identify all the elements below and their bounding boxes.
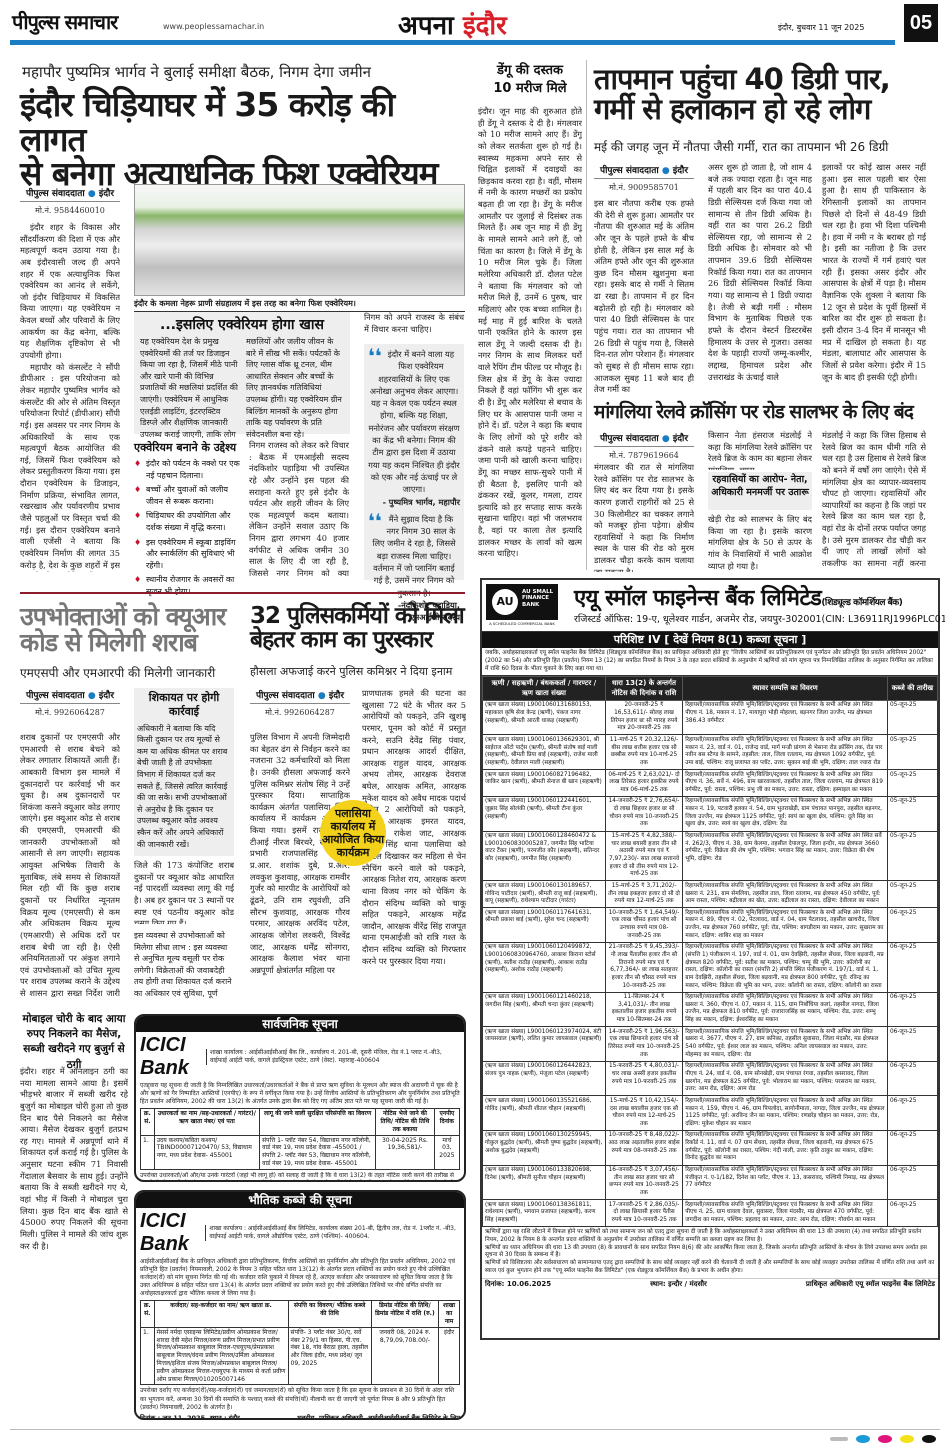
mayor-quote-attribution: - पुष्यमित्र भार्गव, महापौर — [368, 496, 460, 508]
cell-npa-date: मार्च 03, 2025 — [434, 1135, 459, 1169]
table-row: (ऋण खाता संख्या) L9001060133820698, दिने… — [483, 1165, 938, 1200]
registration-bar — [830, 1437, 848, 1441]
cell-borrower: (ऋण खाता संख्या) L9001060117641631, श्री… — [483, 908, 606, 943]
police-body: पुलिस विभाग में अपनी जिम्मेदारी का बेहतर… — [250, 732, 350, 1000]
au-bank-name-text: एयू स्मॉल फाइनेन्स बैंक लिमिटेड — [574, 586, 821, 611]
byline-name: पीपुल्स संवाददाता — [26, 691, 85, 701]
masthead-rule — [10, 40, 895, 45]
temperature-col2: असर शुरू हो जाता है, जो शाम 4 बजे तक ज्य… — [708, 162, 812, 438]
objectives-title: एक्वेरियम बनाने के उद्देश्य — [134, 440, 242, 455]
railway-col1: मंगलवार की रात से मांगलिया रेलवे क्रॉसिं… — [594, 462, 694, 572]
table-row: (ऋण खाता संख्या) L9001060123974024, बंटी… — [483, 1027, 938, 1062]
cell-possession-date: 06-जून-25 — [887, 992, 937, 1027]
temperature-kicker: मई की जगह जून में नौतपा जैसी गर्मी, रात … — [594, 138, 888, 155]
column-header: क्र. सं. — [141, 1109, 155, 1135]
icici-public-notice: सार्वजनिक सूचना ICICI Bank शाखा कार्यालय… — [134, 1014, 466, 1182]
au-header: AU AU SMALL FINANCE BANK A SCHEDULED COM… — [482, 580, 938, 632]
police-event-badge: पलासिया कार्यालय में आयोजित किया कार्यक्… — [320, 800, 386, 866]
dateline: इंदौर, बुधवार 11 जून 2025 — [778, 22, 864, 33]
objectives-list: इंदौर को पर्यटन के नक्शे पर एक नई पहचान … — [134, 458, 242, 598]
police-kicker: हौसला अफजाई करने पुलिस कमिश्नर ने दिया इ… — [250, 664, 452, 679]
temperature-headline-line2: गर्मी से हलाकान हो रहे लोग — [594, 94, 939, 124]
cell-possession-date: 06-जून-25 — [887, 908, 937, 943]
qr-byline-block: पीपुल्स संवाददाता ● इंदौर मो.नं. 9926064… — [20, 688, 120, 718]
au-signature-row: दिनांक: 10.06.2025 स्थान: इन्दौर / मंदसौ… — [482, 1278, 938, 1291]
byline-city: इंदौर — [99, 189, 114, 199]
aquarium-headline: इंदौर चिड़ियाघर में 35 करोड़ की लागत से … — [20, 88, 465, 192]
cell-property: रिहायशी/व्यावसायिक संपत्ति भूमि/बिल्डिंग… — [683, 831, 888, 881]
cell-notice: 15-मार्च-25 ₹ 3,71,202/- तीन लाख इकहत्तर… — [605, 881, 682, 908]
cell-property: रिहायशी/व्यावसायिक संपत्ति भूमि/बिल्डिंग… — [683, 796, 888, 831]
cell-possession-date: 06-जून-25 — [887, 1200, 937, 1227]
au-notice-footer: ऋणियों द्वारा यह राशि लौटाने में विफल हो… — [482, 1227, 938, 1278]
au-possession-table: ऋणी / सहऋणी / बंधककर्ता / गारण्टर / ऋण ख… — [482, 676, 938, 1227]
cell-possession-date: 06-जून-25 — [887, 1061, 937, 1096]
qr-body: शराब दुकानों पर एमएसपी और एमआरपी से शराब… — [20, 732, 120, 1000]
cell-property: रिहायशी/व्यावसायिक संपत्ति भूमि/बिल्डिंग… — [683, 1130, 888, 1165]
table-row: (ऋण खाता संख्या) L9001060135521686, गोवि… — [483, 1096, 938, 1131]
public-notice-table: क्र. सं. उधारकर्ता का नाम /सह-उधारकर्ता … — [140, 1108, 460, 1170]
public-notice-header: सार्वजनिक सूचना — [136, 1016, 464, 1032]
police-headline-line2: बेहतर काम का पुरस्कार — [250, 628, 470, 652]
cell-possession-date: 06-जून-25 — [887, 1165, 937, 1200]
au-bank-name: एयू स्मॉल फाइनेन्स बैंक लिमिटेड(शिड्यूल्… — [574, 582, 902, 612]
dengue-headline: डेंगू की दस्तक 10 मरीज मिले — [478, 62, 582, 98]
cell-borrower: (ऋण खाता संख्या) L9001060131680153, महाक… — [483, 700, 606, 735]
aquarium-special-box: ...इसलिए एक्वेरियम होगा खास यह एक्वेरियम… — [134, 312, 350, 434]
column-header: एनपीए दिनांक — [434, 1109, 459, 1135]
mobile-number: मो.नं. 9584460010 — [20, 205, 120, 216]
complaint-box-text: अधिकारी ने बताया कि यदि किसी दुकान पर तय… — [137, 723, 231, 851]
au-notice-subheader: परिशिष्ट IV [ देखें नियम 8(1) कब्जा सूचन… — [482, 632, 938, 648]
railway-col3: मंडलोई ने कहा कि जिस हिसाब से रेलवे ब्रि… — [822, 430, 926, 570]
column-header: उधारकर्ता का नाम /सह-उधारकर्ता / गारंटर)… — [154, 1109, 259, 1135]
table-row: (ऋण खाता संख्या) L9001060138361811, राधे… — [483, 1200, 938, 1227]
cell-possession-date: 06-जून-25 — [887, 1130, 937, 1165]
cell-borrower: उदय कश्यप/कविता कश्यप/ TBIND00007120470/… — [154, 1135, 259, 1169]
police-byline-block: पीपुल्स संवाददाता ● इंदौर मो.नं. 9926064… — [250, 688, 350, 718]
complaint-box: शिकायत पर होगी कार्रवाई अधिकारी ने बताया… — [134, 688, 234, 856]
possession-notice-header: भौतिक कब्जे की सूचना — [136, 1192, 464, 1208]
cell-borrower: (ऋण खाता संख्या) L9001060136629301, श्री… — [483, 735, 606, 770]
cell-property: रिहायशी/व्यावसायिक संपत्ति भूमि/बिल्डिंग… — [683, 1165, 888, 1200]
column-header: कर्जदार/ सह-कर्जदार का नाम/ ऋण खाता क्र. — [154, 1301, 288, 1327]
cell-notice: 15-मार्च-25 ₹ 4,82,388/- चार लाख बयासी ह… — [605, 831, 682, 881]
icici-office-address: शाखा कार्यालय : आईसीआईसीआई बैंक लि., कार… — [206, 1049, 460, 1065]
section-divider — [20, 592, 465, 594]
byline-name: पीपुल्स संवाददाता — [600, 434, 659, 444]
icici-possession-notice: भौतिक कब्जे की सूचना ICICI Bank शाखा कार… — [134, 1190, 466, 1420]
cell-borrower: (ऋण खाता संख्या) L9001060827196482, जाकि… — [483, 770, 606, 797]
notice-signatory: भवदीय, प्राधिकृत अधिकारी, आईसीआईसीआई बैं… — [297, 1413, 460, 1420]
column-header: संपत्ति का विवरण/ भौतिक कब्जे की तिथि — [288, 1301, 371, 1327]
cell-notice: 14-जनवरी-25 ₹ 2,76,654/- दो लाख छिहत्तर … — [605, 796, 682, 831]
cell-notice: 10-जनवरी-25 ₹ 8,48,022/- आठ लाख अड़तालीस… — [605, 1130, 682, 1165]
police-headline: 32 पुलिसकर्मियों को मिला बेहतर काम का पु… — [250, 604, 470, 652]
mayor-quote-text: इंदौर में बनने वाला यह फिश एक्वेरियम शहर… — [368, 349, 460, 494]
section-highlight: इंदौर — [463, 11, 507, 41]
au-logo-text: AU SMALL FINANCE BANK — [522, 589, 558, 608]
column-header: ऋणी / सहऋणी / बंधककर्ता / गारण्टर / ऋण ख… — [483, 677, 606, 700]
objective-item: बच्चों और युवाओं को जलीय जीवन से रूबरू क… — [134, 484, 242, 507]
table-row: (ऋण खाता संख्या) L9001060827196482, जाकि… — [483, 770, 938, 797]
au-notice-signatory: प्राधिकृत अधिकारी एयू स्मॉल फाइनेंस बैंक… — [806, 1280, 935, 1289]
cell-borrower: (ऋण खाता संख्या) L9001060123974024, बंटी… — [483, 1027, 606, 1062]
cell-borrower: (ऋण खाता संख्या) L9001060120499872, L900… — [483, 942, 606, 992]
objective-item: स्थानीय रोजगार के अवसरों का सृजन भी होगा… — [134, 574, 242, 597]
railway-headline: मांगलिया रेलवे क्रॉसिंग पर रोड सालभर के … — [594, 403, 939, 423]
cell-property: रिहायशी/व्यावसायिक संपत्ति भूमि/बिल्डिंग… — [683, 1061, 888, 1096]
byline-name: पीपुल्स संवाददाता — [256, 691, 315, 701]
icici-logo: ICICI Bank — [140, 1034, 202, 1080]
icici-logo: ICICI Bank — [140, 1210, 201, 1256]
cell-notice: 11-सितम्बर-24 ₹ 3,41,031/- तीन लाख इकताल… — [605, 992, 682, 1027]
cell-notice: 16-जनवरी-25 ₹ 3,07,456/- तीन लाख सात हजा… — [605, 1165, 682, 1200]
byline-city: इंदौर — [99, 691, 114, 701]
table-row: 1. उदय कश्यप/कविता कश्यप/ TBIND000071204… — [141, 1135, 460, 1169]
cell-notice: 20-जनवरी-25 ₹ 16,53,611/- सोलह लाख तिरेप… — [605, 700, 682, 735]
registration-dot-cyan — [856, 1435, 870, 1443]
column-header: स्थावर सम्पत्ति का विवरण — [683, 677, 888, 700]
byline-name: पीपुल्स संवाददाता — [26, 189, 85, 199]
au-notice-intro: जबकि, अधोहस्ताक्षरकर्ता एयू स्मॉल फाइनें… — [482, 648, 938, 676]
au-footer-paragraph: ऋणियों का ध्यान अधिनियम की धारा 13 की उप… — [485, 1245, 935, 1261]
cell-borrower: (ऋण खाता संख्या) L9001060138361811, राधे… — [483, 1200, 606, 1227]
table-row: 1. मेसर्स नर्मदा एसाइन्स लिमिटेड/प्रवीण … — [141, 1327, 460, 1385]
registration-dot-black — [922, 1435, 936, 1443]
possession-notice-footer: उपरोक्त दर्शाए गए कर्जदार(रों)/सह-कर्जदा… — [136, 1387, 464, 1411]
temperature-headline: तापमान पहुंचा 40 डिग्री पार, गर्मी से हल… — [594, 64, 939, 125]
bullet-icon: ● — [88, 691, 96, 701]
column-header: धारा 13(2) के अन्तर्गत नोटिस की दिनांक व… — [605, 677, 682, 700]
au-notice-place: स्थान: इन्दौर / मंदसौर — [650, 1280, 707, 1289]
quote-icon: ❛❛ — [368, 348, 382, 364]
dengue-headline-line1: डेंगू की दस्तक — [478, 62, 582, 80]
au-footer-paragraph: ऋणियों को विशिष्टतया और सर्वसाधारण को सा… — [485, 1260, 935, 1276]
bullet-icon: ● — [88, 189, 96, 199]
table-row: (ऋण खाता संख्या) L9001060130189657, गोवि… — [483, 881, 938, 908]
masthead: पीपुल्स समाचार www.peoplessamachar.in अप… — [8, 4, 938, 44]
table-row: (ऋण खाता संख्या) L9001060121460218, जगदी… — [483, 992, 938, 1027]
cell-borrower: (ऋण खाता संख्या) L9001060130259945, गोकु… — [483, 1130, 606, 1165]
cell-possession-date: 05-जून-25 — [887, 796, 937, 831]
cell-borrower: (ऋण खाता संख्या) L9001060135521686, गोवि… — [483, 1096, 606, 1131]
table-row: (ऋण खाता संख्या) L9001060131680153, महाक… — [483, 700, 938, 735]
column-header: शाखा का नाम — [439, 1301, 460, 1327]
complaint-box-title: शिकायत पर होगी कार्रवाई — [137, 691, 231, 720]
table-row: (ऋण खाता संख्या) L9001060126442823, संजय… — [483, 1061, 938, 1096]
possession-notice-table: क्र. सं. कर्जदार/ सह-कर्जदार का नाम/ ऋण … — [140, 1300, 460, 1385]
objective-item: चिड़ियाघर की उपयोगिता और दर्शक संख्या मे… — [134, 510, 242, 533]
dengue-body: इंदौर। जून माह की शुरुआत होते ही डेंगू न… — [478, 106, 582, 566]
bullet-icon: ● — [662, 434, 670, 444]
councillor-quote-text: मैंने सुझाव दिया है कि नगर निगम 30 साल क… — [372, 514, 455, 598]
aquarium-paragraph-2: महापौर को कंसल्टेंट ने सौंपी डीपीआर : इस… — [20, 362, 120, 572]
cell-possession-date: 06-जून-25 — [887, 1027, 937, 1062]
notice-date-place: दिनांक : जून 11, 2025, स्थान : इंदौर — [140, 1413, 240, 1420]
au-registered-address: रजिस्टर्ड ऑफिस: 19-ए, धूलेश्वर गार्डन, अ… — [574, 612, 945, 625]
table-row: (ऋण खाता संख्या) L9001060122441601, जुझा… — [483, 796, 938, 831]
page-number: 05 — [904, 4, 938, 42]
cell-possession-date: 06-जून-25 — [887, 1096, 937, 1131]
public-notice-intro: एतद्द्वारा यह सूचना दी जाती है कि निम्नल… — [136, 1082, 464, 1106]
bottom-rule — [10, 1429, 940, 1430]
cell-property: संपत्ति 1- प्लॉट नंबर 54, विद्याधाम नगर … — [260, 1135, 376, 1169]
website-url[interactable]: www.peoplessamachar.in — [163, 22, 264, 31]
column-header: नोटिस भेजे जाने की तिथि/ नोटिस की तिथि त… — [376, 1109, 435, 1135]
cell-borrower: (ऋण खाता संख्या) L9001060133820698, दिने… — [483, 1165, 606, 1200]
cell-notice: 30-04-2025 Rs. 19,36,581/- — [376, 1135, 435, 1169]
qr-kicker: एमएसपी और एमआरपी की मिलेगी जानकारी — [20, 664, 215, 681]
cell-notice: 11-मार्च-25 ₹ 20,32,126/- बीस लाख बत्तीस… — [605, 735, 682, 770]
cell-property: रिहायशी/व्यावसायिक संपत्ति भूमि/बिल्डिंग… — [683, 1027, 888, 1062]
bullet-icon: ● — [662, 166, 670, 176]
au-footer-paragraph: ऋणियों द्वारा यह राशि लौटाने में विफल हो… — [485, 1229, 935, 1245]
mobile-number: मो.नं. 9009585701 — [594, 182, 694, 193]
cell-sn: 1. — [141, 1327, 155, 1385]
bullet-icon: ● — [318, 691, 326, 701]
au-logo-mark: AU — [492, 589, 518, 615]
byline-city: इंदौर — [673, 434, 688, 444]
icici-office-address: शाखा कार्यालय : आईसीआईसीआई बैंक लिमिटेड,… — [205, 1225, 460, 1241]
image-caption: इंदौर के कमला नेहरू प्राणी संग्रहालय में… — [134, 298, 465, 312]
registration-marks — [830, 1428, 939, 1436]
quote-box: ❛❛ इंदौर में बनने वाला यह फिश एक्वेरियम … — [364, 344, 464, 580]
cell-borrower: (ऋण खाता संख्या) L9001060121460218, जगदी… — [483, 992, 606, 1027]
qr-col2b: इस व्यवस्था से उपभोक्ताओं को मिलेगा सीधा… — [134, 930, 234, 1000]
qr-headline-line2: कोड से मिलेगी शराब — [20, 630, 240, 656]
au-bank-name-suffix: (शिड्यूल्ड कॉमर्शियल बैंक) — [821, 598, 902, 608]
special-box-col1: यह एक्वेरियम देश के प्रमुख एक्वेरियमों क… — [140, 336, 238, 440]
section-title: अपना इंदौर — [398, 6, 507, 42]
aquarium-rendering-image — [134, 184, 465, 296]
cell-branch: इंदौर — [439, 1327, 460, 1385]
cell-borrower: (ऋण खाता संख्या) L9001060126442823, संजय… — [483, 1061, 606, 1096]
column-divider — [586, 60, 587, 570]
dengue-headline-line2: 10 मरीज मिले — [478, 80, 582, 98]
cell-possession-date: 05-जून-25 — [887, 700, 937, 735]
cell-property: रिहायशी/व्यावसायिक संपत्ति भूमि/बिल्डिंग… — [683, 908, 888, 943]
objectives-block: एक्वेरियम बनाने के उद्देश्य इंदौर को पर्… — [134, 440, 242, 601]
cell-property: संपत्ति- 3 प्लॉट नंबर 30/ए, सर्वे नंबर 2… — [288, 1327, 371, 1385]
table-row: (ऋण खाता संख्या) L9001060117641631, श्री… — [483, 908, 938, 943]
table-row: (ऋण खाता संख्या) L9001060120499872, L900… — [483, 942, 938, 992]
cell-notice: 10-जनवरी-25 ₹ 1,64,549/- एक लाख चौंसठ हज… — [605, 908, 682, 943]
railway-col2b: खेड़ी रोड को सालभर के लिए बंद किया जा रह… — [708, 514, 812, 570]
special-box-title: ...इसलिए एक्वेरियम होगा खास — [140, 315, 344, 334]
cell-notice: 06-मार्च-25 ₹ 2,63,021/- दो लाख तिरेसठ ह… — [605, 770, 682, 797]
public-notice-footer: उपरोक्त उधारकर्ता/ओं और/या उनके गारंटरों… — [136, 1172, 464, 1182]
table-row: (ऋण खाता संख्या) L9001060136629301, श्री… — [483, 735, 938, 770]
au-notice-date: दिनांक: 10.06.2025 — [485, 1280, 551, 1289]
cell-borrower: (ऋण खाता संख्या) L9001060128460472 & L90… — [483, 831, 606, 881]
cell-property: रिहायशी/व्यावसायिक संपत्ति भूमि/बिल्डिंग… — [683, 1096, 888, 1131]
possession-notice-intro: आईसीआईसीआई बैंक के प्राधिकृत अधिकारी द्व… — [136, 1258, 464, 1298]
cell-notice: 15-मार्च-25 ₹ 10,42,154/- दस लाख बयालीस … — [605, 1096, 682, 1131]
revenue-continued: निगम को अपने राजस्व के संबंध में विचार क… — [364, 312, 464, 335]
cell-notice: 14-जनवरी-25 ₹ 1,96,563/- एक लाख छियानवे … — [605, 1027, 682, 1062]
cell-property: रिहायशी/व्यावसायिक संपत्ति भूमि/बिल्डिंग… — [683, 770, 888, 797]
cell-notice: 21-जनवरी-25 ₹ 9,45,393/- नौ लाख पैंतालीस… — [605, 942, 682, 992]
byline-city: इंदौर — [329, 691, 344, 701]
objective-item: इस एक्वेरियम में स्कूबा डाइविंग और स्नार… — [134, 537, 242, 572]
byline: पीपुल्स संवाददाता ● इंदौर — [594, 431, 694, 447]
cell-possession-date: 05-जून-25 — [887, 770, 937, 797]
column-header: कब्जे की तारीख — [887, 677, 937, 700]
cell-sn: 1. — [141, 1135, 155, 1169]
mobile-number: मो.नं. 9926064287 — [20, 707, 120, 718]
qr-headline-line1: उपभोक्ताओं को क्यूआर — [20, 604, 240, 630]
railway-col2: किसान नेता हंसराज मंडलोई ने कहा कि मांगल… — [708, 430, 812, 470]
special-box-col2: मछलियों और जलीय जीवन के बारे में सीख भी … — [246, 336, 344, 440]
column-header: लागू की जाने वाली सुरक्षित परिसंपत्ति का… — [260, 1109, 376, 1135]
railway-byline-block: पीपुल्स संवाददाता ● इंदौर मो.नं. 7879619… — [594, 431, 694, 461]
qr-col2: जिले की 173 कंपोजिट शराब दुकानों पर क्यू… — [134, 860, 234, 924]
cell-possession-date: 05-जून-25 — [887, 831, 937, 881]
byline-city: इंदौर — [673, 166, 688, 176]
aquarium-byline-block: पीपुल्स संवाददाता ● इंदौर मो.नं. 9584460… — [20, 186, 120, 216]
qr-headline: उपभोक्ताओं को क्यूआर कोड से मिलेगी शराब — [20, 604, 240, 657]
table-row: (ऋण खाता संख्या) L9001060128460472 & L90… — [483, 831, 938, 881]
mobile-number: मो.नं. 7879619664 — [594, 450, 694, 461]
aquarium-kicker: महापौर पुष्यमित्र भार्गव ने बुलाई समीक्ष… — [22, 62, 371, 82]
byline: पीपुल्स संवाददाता ● इंदौर — [20, 688, 120, 704]
temperature-byline-block: पीपुल्स संवाददाता ● इंदौर मो.नं. 9009585… — [594, 163, 694, 193]
aquarium-paragraph-1: इंदौर शहर के विकास और सौंदर्यीकरण की दिश… — [20, 222, 120, 362]
mobile-theft-body: इंदौर। शहर में ऑनलाइन ठगी का नया मामला स… — [20, 1066, 128, 1436]
newspaper-logo: पीपुल्स समाचार — [12, 8, 117, 35]
column-header: क्र. सं. — [141, 1301, 155, 1327]
railway-subhead: रहवासियों का आरोप- नेता, अधिकारी मनमर्जी… — [708, 472, 812, 510]
byline: पीपुल्स संवाददाता ● इंदौर — [594, 163, 694, 179]
au-bank-notice: AU AU SMALL FINANCE BANK A SCHEDULED COM… — [480, 578, 940, 1340]
cell-notice: 17-जनवरी-25 ₹ 2,86,035/- दो लाख छियासी ह… — [605, 1200, 682, 1227]
aquarium-headline-line1: इंदौर चिड़ियाघर में 35 करोड़ की लागत — [20, 88, 465, 157]
section-prefix: अपना — [398, 11, 454, 41]
cell-property: रिहायशी/व्यावसायिक संपत्ति भूमि/बिल्डिंग… — [683, 881, 888, 908]
au-logo: AU AU SMALL FINANCE BANK A SCHEDULED COM… — [486, 584, 558, 628]
police-headline-line1: 32 पुलिसकर्मियों को मिला — [250, 604, 470, 628]
byline: पीपुल्स संवाददाता ● इंदौर — [250, 688, 350, 704]
cell-possession-date: 06-जून-25 — [887, 942, 937, 992]
cell-possession-date: 05-जून-25 — [887, 881, 937, 908]
mobile-theft-headline: मोबाइल चोरी के बाद आया रुपए निकलने का मै… — [20, 1012, 128, 1073]
au-logo-tagline: A SCHEDULED COMMERCIAL BANK — [486, 620, 558, 628]
cell-property: रिहायशी/व्यावसायिक संपत्ति भूमि/बिल्डिंग… — [683, 942, 888, 992]
cell-borrower: मेसर्स नर्मदा एसाइन्स लिमिटेड/प्रवीण ओमप… — [154, 1327, 288, 1385]
revenue-text: निगम राजस्व को लेकर करे विचार : बैठक में… — [249, 440, 349, 580]
cell-property: रिहायशी/व्यावसायिक संपत्ति भूमि/बिल्डिंग… — [683, 1200, 888, 1227]
mayor-quote: ❛❛ इंदौर में बनने वाला यह फिश एक्वेरियम … — [368, 348, 460, 508]
aquarium-body: इंदौर शहर के विकास और सौंदर्यीकरण की दिश… — [20, 222, 120, 572]
byline-name: पीपुल्स संवाददाता — [600, 166, 659, 176]
registration-dot-yellow — [900, 1435, 914, 1443]
cell-possession-date: 05-जून-25 — [887, 735, 937, 770]
registration-dot-magenta — [878, 1435, 892, 1443]
cell-borrower: (ऋण खाता संख्या) L9001060130189657, गोवि… — [483, 881, 606, 908]
cell-notice: जनवरी 08, 2024 रु. 8,79,09,708.00/- — [371, 1327, 439, 1385]
temperature-headline-line1: तापमान पहुंचा 40 डिग्री पार, — [594, 64, 939, 94]
mobile-number: मो.नं. 9926064287 — [250, 707, 350, 718]
temperature-col3: इलाकों पर कोई खास असर नहीं हुआ। इस साल प… — [822, 162, 926, 438]
table-row: (ऋण खाता संख्या) L9001060130259945, गोकु… — [483, 1130, 938, 1165]
quote-icon: ❛❛ — [368, 513, 382, 529]
cell-notice: 15-फरवरी-25 ₹ 4,80,031/- चार लाख अस्सी ह… — [605, 1061, 682, 1096]
cell-borrower: (ऋण खाता संख्या) L9001060122441601, जुझा… — [483, 796, 606, 831]
cell-property: रिहायशी/व्यावसायिक संपत्ति भूमि/बिल्डिंग… — [683, 992, 888, 1027]
cell-property: रिहायशी/व्यावसायिक संपत्ति भूमि/बिल्डिंग… — [683, 735, 888, 770]
byline: पीपुल्स संवाददाता ● इंदौर — [20, 186, 120, 202]
column-header: डिमांड नोटिस की तिथि/ डिमांड नोटिस में र… — [371, 1301, 439, 1327]
objective-item: इंदौर को पर्यटन के नक्शे पर एक नई पहचान … — [134, 458, 242, 481]
cell-property: रिहायशी/व्यावसायिक संपत्ति भूमि/बिल्डिंग… — [683, 700, 888, 735]
